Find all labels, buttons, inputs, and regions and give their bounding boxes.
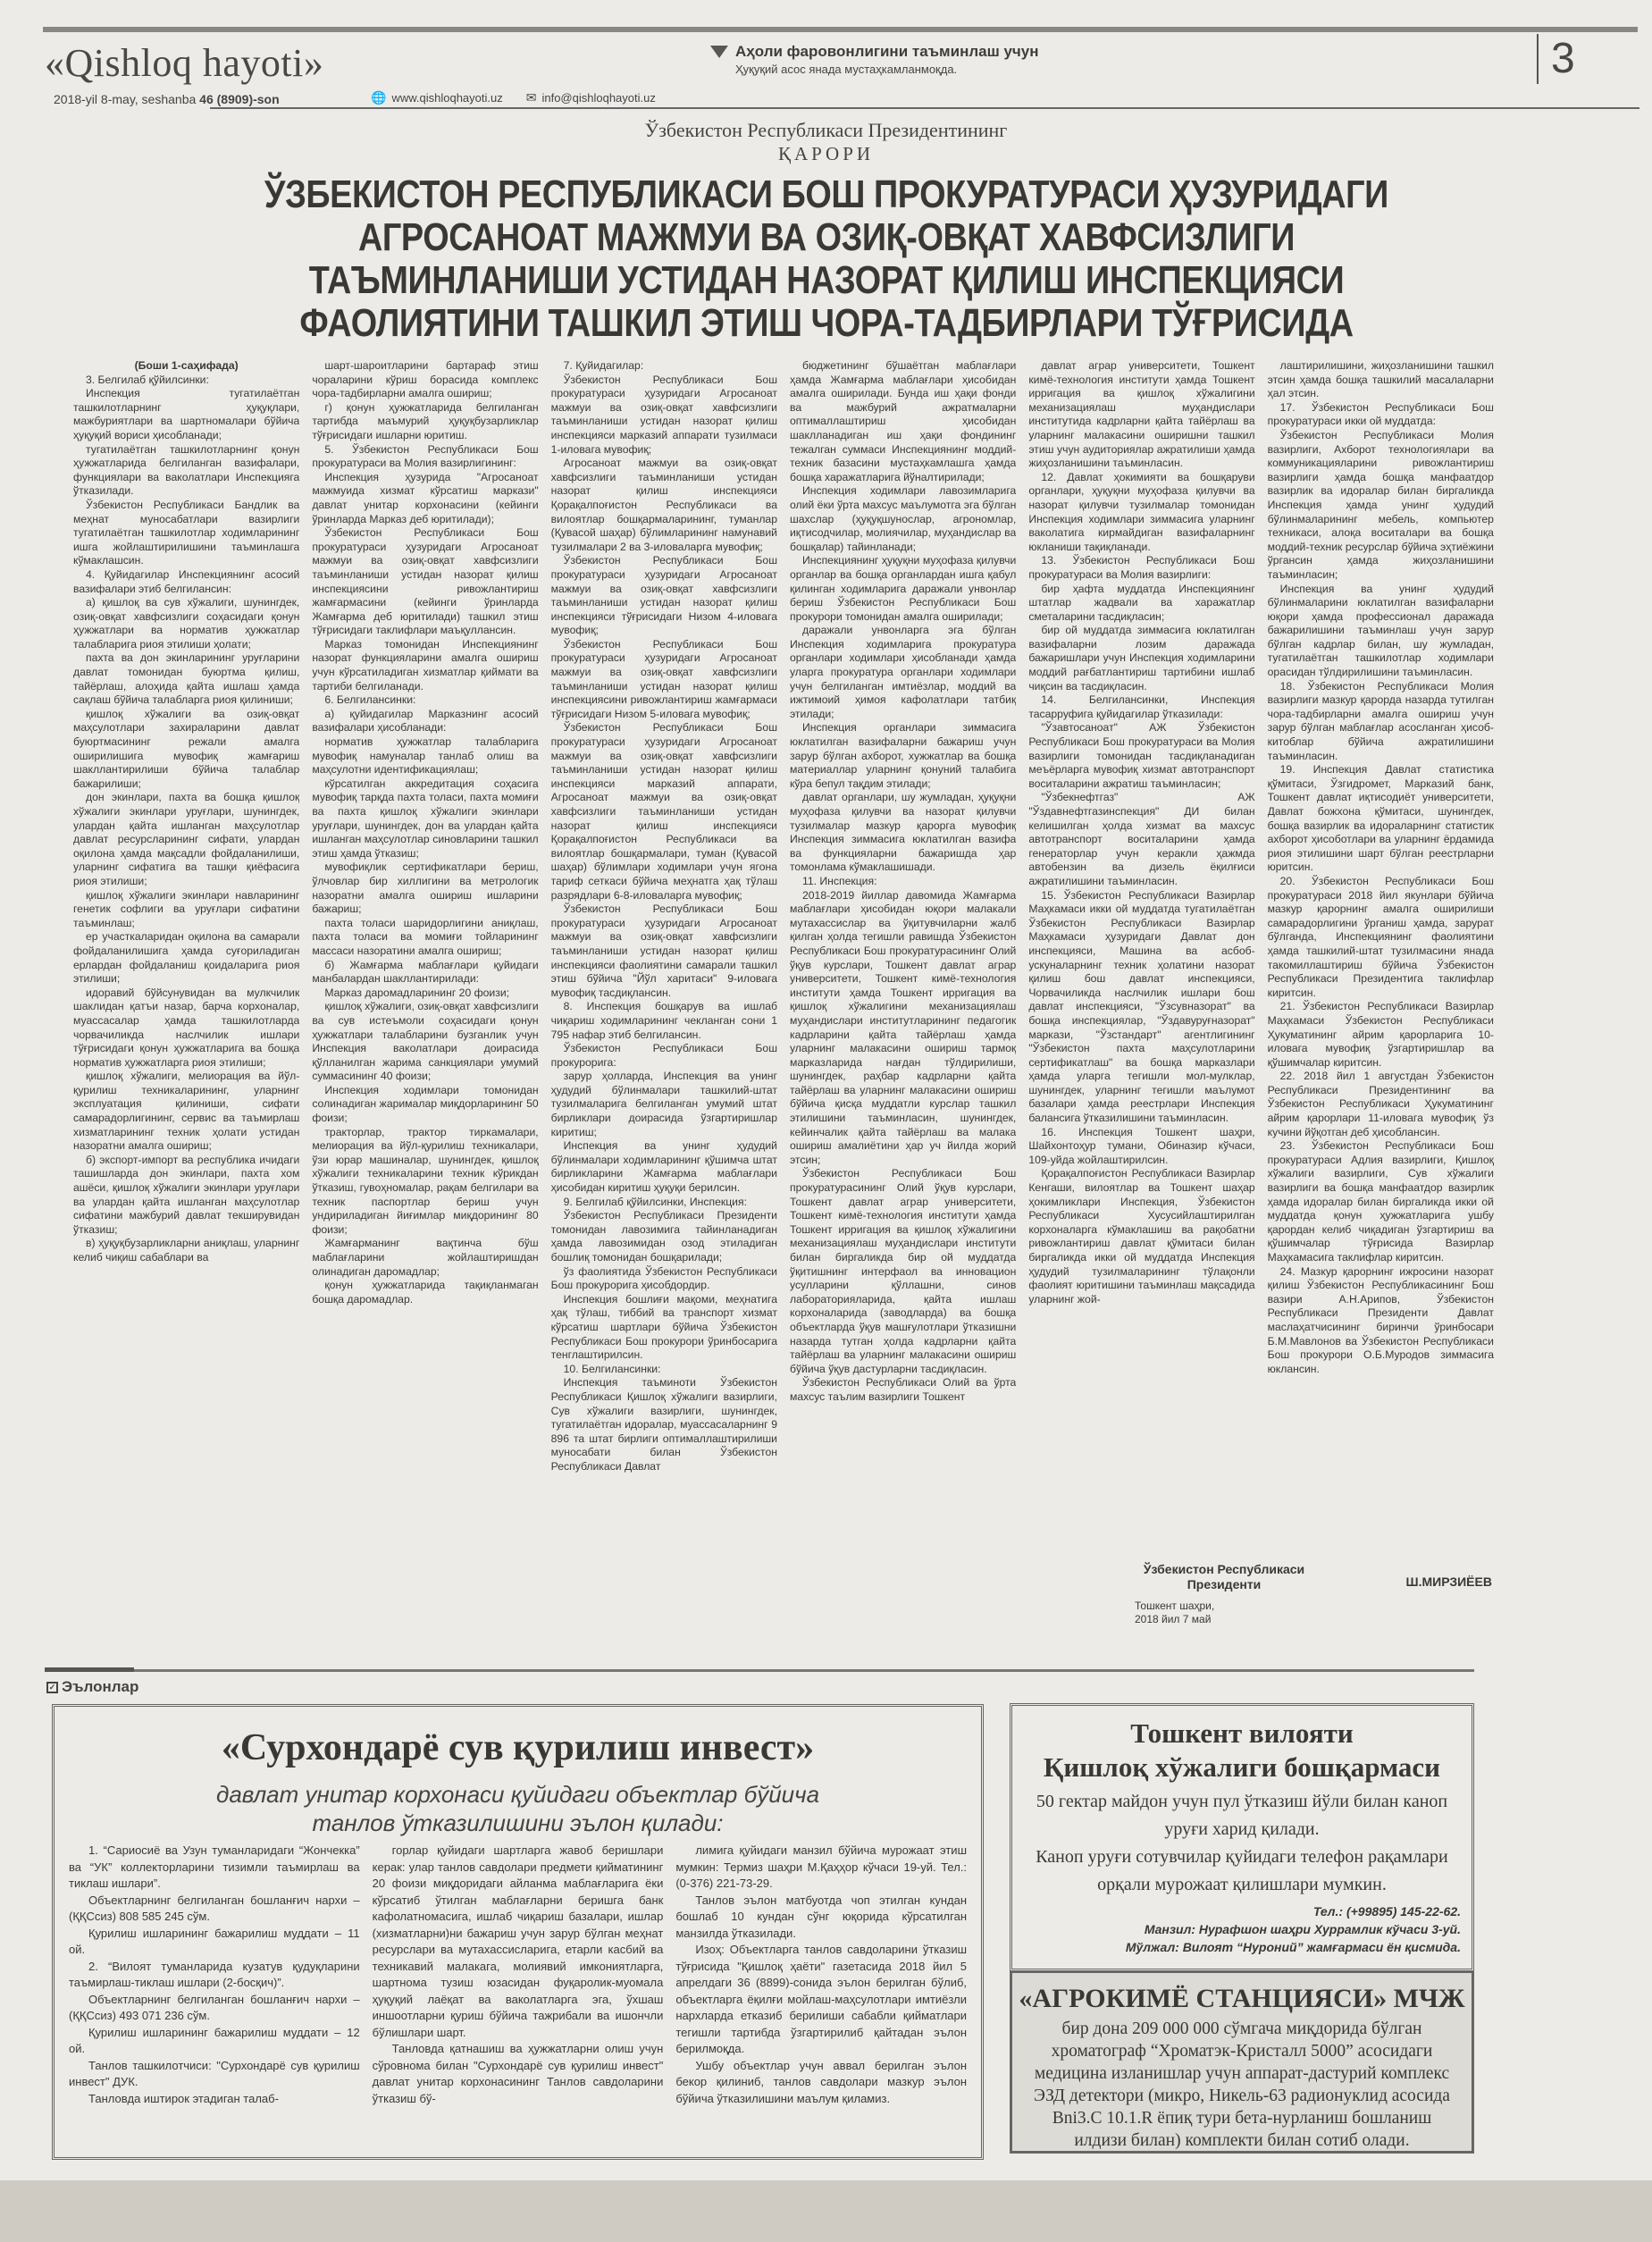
article-paragraph: 17. Ўзбекистон Республикаси Бош прокурат…	[1268, 401, 1494, 429]
article-paragraph: 4. Қуйидагилар Инспекциянинг асосий вази…	[73, 568, 299, 596]
ad1-paragraph: 1. “Сариосиё ва Узун туманларидаги “Жонч…	[69, 1843, 360, 1893]
ad2-contacts: Тел.: (+99895) 145-22-62. Манзил: Нурафш…	[1012, 1902, 1472, 1956]
article-paragraph: тракторлар, трактор тиркамалари, мелиора…	[312, 1126, 538, 1238]
article-paragraph: 8. Инспекция бошқарув ва ишлаб чиқариш х…	[551, 1000, 777, 1042]
ad2-body: 50 гектар майдон учун пул ўтказиш йўли б…	[1012, 1788, 1472, 1899]
article-paragraph: Ўзбекистон Республикаси Бош прокуратурас…	[551, 721, 777, 903]
ad1-paragraph: горлар қуйидаги шартларга жавоб беришлар…	[373, 1843, 664, 2041]
ad1-paragraph: Объектларнинг белгиланган бошланғич нарх…	[69, 1893, 360, 1926]
issue-number: 46 (8909)-son	[199, 92, 279, 106]
newspaper-page: «Qishloq hayoti» 2018-yil 8-may, seshanb…	[0, 0, 1652, 2180]
triangle-down-icon	[710, 46, 728, 58]
article-paragraph: Инспекциянинг ҳуқуқни муҳофаза қилувчи о…	[790, 554, 1016, 624]
article-paragraph: Ўзбекистон Республикаси Бош прокуратурас…	[312, 526, 538, 638]
article-paragraph: Қорақалпоғистон Республикаси Вазирлар Ке…	[1028, 1167, 1254, 1306]
article-paragraph: а) қуйидагилар Марказнинг асосий вазифал…	[312, 708, 538, 735]
article-paragraph: бир ҳафта муддатда Инспекциянинг штатлар…	[1028, 583, 1254, 625]
article-paragraph: зарур ҳолларда, Инспекция ва унинг ҳудуд…	[551, 1070, 777, 1139]
article-paragraph: Ўзбекистон Республикаси Бош прокуратурас…	[790, 1167, 1016, 1376]
article-paragraph: Инспекция тугатилаётган ташкилотларнинг …	[73, 387, 299, 442]
article-paragraph: 24. Мазкур қарорнинг ижросини назорат қи…	[1268, 1265, 1494, 1377]
article-paragraph: Жамғарманинг вақтинча бўш маблағларини ж…	[312, 1237, 538, 1279]
article-column: (Боши 1-саҳифада)3. Белгилаб қўйилсинки:…	[73, 359, 299, 1646]
signatory-title-1: Ўзбекистон Республикаси	[1135, 1562, 1313, 1577]
article-paragraph: идоравий бўйсунувидан ва мулкчилик шакли…	[73, 987, 299, 1071]
article-paragraph: қишлоқ хўжалиги экинлари навларининг ген…	[73, 889, 299, 931]
ad1-paragraph: Танловда иштирок этадиган талаб-	[69, 2091, 360, 2108]
article-paragraph: 2018-2019 йиллар давомида Жамғарма мабла…	[790, 889, 1016, 1168]
article-paragraph: Ўзбекистон Республикаси Бандлик ва меҳна…	[73, 499, 299, 568]
article-paragraph: Инспекция ходимлари лавозимларига олий ё…	[790, 484, 1016, 554]
article-kicker: Ўзбекистон Республикаси Президентининг	[0, 119, 1652, 142]
ad1-title: «Сурхондарё сув қурилиш инвест»	[55, 1726, 981, 1769]
article-paragraph: Инспекция ходимлари томонидан солинадига…	[312, 1084, 538, 1126]
article-column: 7. Қуйидагилар:Ўзбекистон Республикаси Б…	[551, 359, 777, 1646]
newspaper-logo: «Qishloq hayoti»	[45, 40, 323, 86]
signature-place: Тошкент шаҳри,	[1135, 1600, 1242, 1613]
article-paragraph: Марказ даромадларининг 20 фоизи;	[312, 987, 538, 1001]
ad1-paragraph: Изоҳ: Объектларга танлов савдоларини ўтк…	[675, 1942, 967, 2058]
article-paragraph: 6. Белгилансинки:	[312, 693, 538, 708]
ad2-title: Тошкент вилояти Қишлоқ хўжалиги бошқарма…	[1012, 1717, 1472, 1784]
contact-links: 🌐www.qishloqhayoti.uz ✉info@qishloqhayot…	[371, 90, 656, 105]
article-column: лаштирилишини, жиҳозланишини ташкил этси…	[1268, 359, 1494, 1646]
ad-surkhandarya-tender: «Сурхондарё сув қурилиш инвест» давлат у…	[52, 1704, 984, 2160]
article-paragraph: Агросаноат мажмуи ва озиқ-овқат хавфсизл…	[551, 457, 777, 554]
ad1-column: горлар қуйидаги шартларга жавоб беришлар…	[373, 1843, 664, 2107]
ad2-landmark: Мўлжал: Вилоят “Нуроний” жамғармаси ён қ…	[1012, 1938, 1461, 1956]
article-paragraph: в) ҳуқуқбузарликларни аниқлаш, уларнинг …	[73, 1237, 299, 1264]
globe-icon: 🌐	[371, 90, 386, 105]
ad1-paragraph: Танловда қатнашиш ва ҳужжатларни олиш уч…	[373, 2041, 664, 2107]
ad1-column: 1. “Сариосиё ва Узун туманларидаги “Жонч…	[69, 1843, 360, 2107]
article-paragraph: бир ой муддатда зиммасига юклатилган ваз…	[1028, 624, 1254, 693]
article-column: шарт-шароитларини бартараф этиш чоралари…	[312, 359, 538, 1646]
article-paragraph: Марказ томонидан Инспекциянинг назорат ф…	[312, 638, 538, 693]
dateline: 2018-yil 8-may, seshanba 46 (8909)-son	[54, 92, 280, 106]
article-column: бюджетининг бўшаётган маблағлари ҳамда Ж…	[790, 359, 1016, 1646]
ad2-phone: Тел.: (+99895) 145-22-62.	[1012, 1902, 1461, 1920]
signature-block: Ўзбекистон РеспубликасиПрезиденти Ш.МИРЗ…	[1135, 1562, 1492, 1626]
rubric-subtitle: Ҳуқуқий асос янада мустаҳкамланмоқда.	[735, 63, 1039, 76]
article-paragraph: 14. Белгилансинки, Инспекция тасарруфига…	[1028, 693, 1254, 721]
article-paragraph: Инспекция бошлиғи мақоми, меҳнатига ҳақ …	[551, 1293, 777, 1363]
article-paragraph: лаштирилишини, жиҳозланишини ташкил этси…	[1268, 359, 1494, 401]
article-paragraph: Ўзбекистон Республикаси Олий ва ўрта мах…	[790, 1376, 1016, 1404]
article-paragraph: ер участкаларидан оқилона ва самарали фо…	[73, 930, 299, 986]
masthead-underline	[210, 107, 1639, 109]
article-paragraph: ўз фаолиятида Ўзбекистон Республикаси Бо…	[551, 1265, 777, 1293]
article-paragraph: "Ўзбекнефтгаз" АЖ "Ўздавнефтгазинспекция…	[1028, 791, 1254, 888]
ad1-paragraph: Объектларнинг белгиланган бошланғич нарх…	[69, 1992, 360, 2025]
ad3-body: бир дона 209 000 000 сўмгача миқдорида б…	[1012, 2018, 1472, 2152]
article-paragraph: Ўзбекистон Республикаси Бош прокуратурас…	[551, 638, 777, 722]
article-paragraph: 20. Ўзбекистон Республикаси Бош прокурат…	[1268, 875, 1494, 1000]
article-paragraph: б) экспорт-импорт ва республика ичидаги …	[73, 1154, 299, 1238]
article-paragraph: қонун ҳужжатларида тақиқланмаган бошқа д…	[312, 1279, 538, 1306]
article-headline: ЎЗБЕКИСТОН РЕСПУБЛИКАСИ БОШ ПРОКУРАТУРАС…	[231, 173, 1422, 345]
article-paragraph: 5. Ўзбекистон Республикаси Бош прокурату…	[312, 443, 538, 471]
page-number: 3	[1537, 34, 1575, 84]
article-paragraph: даражали унвонларга эга бўлган Инспекция…	[790, 624, 1016, 721]
signature-date: 2018 йил 7 май	[1135, 1613, 1242, 1626]
article-paragraph: 12. Давлат ҳокимияти ва бошқаруви органл…	[1028, 471, 1254, 555]
ad1-column: лимига қуйидаги манзил бўйича мурожаат э…	[675, 1843, 967, 2107]
ad1-paragraph: лимига қуйидаги манзил бўйича мурожаат э…	[675, 1843, 967, 1893]
article-paragraph: қишлоқ хўжалиги, озиқ-овқат хавфсизлиги …	[312, 1000, 538, 1084]
email-link[interactable]: ✉info@qishloqhayoti.uz	[526, 90, 656, 105]
article-paragraph: пахта ва дон экинларининг уруғларини дав…	[73, 651, 299, 707]
article-column: давлат аграр университети, Тошкент кимё-…	[1028, 359, 1254, 1646]
article-paragraph: давлат органлари, шу жумладан, ҳуқуқни м…	[790, 791, 1016, 875]
rubric: Аҳоли фаровонлигини таъминлаш учун Ҳуқуқ…	[710, 43, 1039, 76]
article-paragraph: 21. Ўзбекистон Республикаси Вазирлар Маҳ…	[1268, 1000, 1494, 1070]
ad1-body: 1. “Сариосиё ва Узун туманларидаги “Жонч…	[69, 1843, 967, 2107]
article-paragraph: "Ўзавтосаноат" АЖ Ўзбекистон Республикас…	[1028, 721, 1254, 791]
article-paragraph: тугатилаётган ташкилотларнинг қонун ҳужж…	[73, 443, 299, 499]
article-paragraph: 23. Ўзбекистон Республикаси Бош прокурат…	[1268, 1139, 1494, 1264]
article-paragraph: б) Жамғарма маблағлари қуйидаги манбалар…	[312, 959, 538, 987]
article-paragraph: Ўзбекистон Республикаси Молия вазирлиги,…	[1268, 429, 1494, 583]
article-paragraph: 19. Инспекция Давлат статистика қўмитаси…	[1268, 763, 1494, 875]
article-paragraph: қишлоқ хўжалиги ва озиқ-овқат маҳсулотла…	[73, 708, 299, 792]
article-paragraph: Инспекция таъминоти Ўзбекистон Республик…	[551, 1376, 777, 1474]
signatory-title-2: Президенти	[1135, 1577, 1313, 1592]
article-paragraph: 3. Белгилаб қўйилсинки:	[73, 374, 299, 388]
ad3-title: «АГРОКИМЁ СТАНЦИЯСИ» МЧЖ	[1012, 1984, 1472, 2014]
ad1-paragraph: Ушбу объектлар учун аввал берилган эълон…	[675, 2058, 967, 2108]
article-body: (Боши 1-саҳифада)3. Белгилаб қўйилсинки:…	[73, 359, 1494, 1646]
article-paragraph: бюджетининг бўшаётган маблағлари ҳамда Ж…	[790, 359, 1016, 484]
ad-agrokimyo-station: «АГРОКИМЁ СТАНЦИЯСИ» МЧЖ бир дона 209 00…	[1010, 1970, 1474, 2154]
article-paragraph: Ўзбекистон Республикаси Бош прокуратурас…	[551, 374, 777, 458]
ads-section-label: ✓Эълонлар	[46, 1678, 138, 1696]
article-paragraph: 18. Ўзбекистон Республикаси Молия вазирл…	[1268, 680, 1494, 764]
article-paragraph: давлат аграр университети, Тошкент кимё-…	[1028, 359, 1254, 471]
article-paragraph: 10. Белгилансинки:	[551, 1363, 777, 1377]
article-paragraph: Ўзбекистон Республикаси Президенти томон…	[551, 1209, 777, 1264]
mail-icon: ✉	[526, 90, 537, 105]
article-paragraph: 7. Қуйидагилар:	[551, 359, 777, 374]
rubric-title: Аҳоли фаровонлигини таъминлаш учун	[735, 43, 1039, 61]
ad1-paragraph: 2. “Вилоят туманларида кузатув қудуқлари…	[69, 1959, 360, 1992]
document-type: ҚАРОРИ	[0, 143, 1652, 165]
article-paragraph: а) қишлоқ ва сув хўжалиги, шунингдек, оз…	[73, 596, 299, 651]
article-paragraph: Ўзбекистон Республикаси Бош прокуратурас…	[551, 903, 777, 1000]
website-link[interactable]: 🌐www.qishloqhayoti.uz	[371, 90, 503, 105]
article-paragraph: 15. Ўзбекистон Республикаси Вазирлар Маҳ…	[1028, 889, 1254, 1126]
article-paragraph: 9. Белгилаб қўйилсинки, Инспекция:	[551, 1196, 777, 1210]
signatory-name: Ш.МИРЗИЁЕВ	[1406, 1574, 1492, 1592]
article-paragraph: 16. Инспекция Тошкент шаҳри, Шайхонтоҳур…	[1028, 1126, 1254, 1168]
article-paragraph: кўрсатилган аккредитация соҳасига мувофи…	[312, 777, 538, 861]
article-paragraph: 13. Ўзбекистон Республикаси Бош прокурат…	[1028, 554, 1254, 582]
article-paragraph: 11. Инспекция:	[790, 875, 1016, 889]
ad1-paragraph: Қурилиш ишларининг бажарилиш муддати – 1…	[69, 2025, 360, 2058]
article-paragraph: Ўзбекистон Республикаси Бош прокурорига:	[551, 1042, 777, 1070]
ad2-address: Манзил: Нурафшон шаҳри Хуррамлик кўчаси …	[1012, 1920, 1461, 1938]
article-paragraph: Ўзбекистон Республикаси Бош прокуратурас…	[551, 554, 777, 638]
article-paragraph: норматив ҳужжатлар талабларига мувофиқ н…	[312, 735, 538, 777]
article-paragraph: г) қонун ҳужжатларида белгиланган тартиб…	[312, 401, 538, 443]
article-paragraph: шарт-шароитларини бартараф этиш чоралари…	[312, 359, 538, 401]
ad1-paragraph: Танлов эълон матбуотда чоп этилган кунда…	[675, 1893, 967, 1943]
ad1-paragraph: Қурилиш ишларининг бажарилиш муддати – 1…	[69, 1926, 360, 1959]
issue-date: 2018-yil 8-may, seshanba	[54, 92, 196, 106]
checkbox-icon: ✓	[46, 1682, 58, 1693]
ad1-subtitle: давлат унитар корхонаси қуйидаги объектл…	[55, 1780, 981, 1837]
article-paragraph: дон экинлари, пахта ва бошқа қишлоқ хўжа…	[73, 791, 299, 888]
article-paragraph: пахта толаси шаридорлигини аниқлаш, пахт…	[312, 917, 538, 959]
article-paragraph: мувофиқлик сертификатлари бериш, ўлчовла…	[312, 861, 538, 916]
ads-section-rule	[45, 1669, 1474, 1672]
ad-tashkent-agriculture: Тошкент вилояти Қишлоқ хўжалиги бошқарма…	[1010, 1703, 1474, 1971]
article-paragraph: Инспекция ҳузурида "Агросаноат мажмуида …	[312, 471, 538, 526]
article-paragraph: Инспекция ва унинг ҳудудий бўлинмаларини…	[1268, 583, 1494, 680]
article-paragraph: Инспекция органлари зиммасига юклатилган…	[790, 721, 1016, 791]
masthead-rule	[43, 27, 1638, 32]
article-paragraph: (Боши 1-саҳифада)	[73, 359, 299, 374]
article-paragraph: қишлоқ хўжалиги, мелиорация ва йўл-қурил…	[73, 1070, 299, 1154]
ad1-paragraph: Танлов ташкилотчиси: "Сурхондарё сув қур…	[69, 2058, 360, 2091]
article-paragraph: Инспекция ва унинг ҳудудий бўлинмалари х…	[551, 1139, 777, 1195]
article-paragraph: 22. 2018 йил 1 августдан Ўзбекистон Респ…	[1268, 1070, 1494, 1139]
